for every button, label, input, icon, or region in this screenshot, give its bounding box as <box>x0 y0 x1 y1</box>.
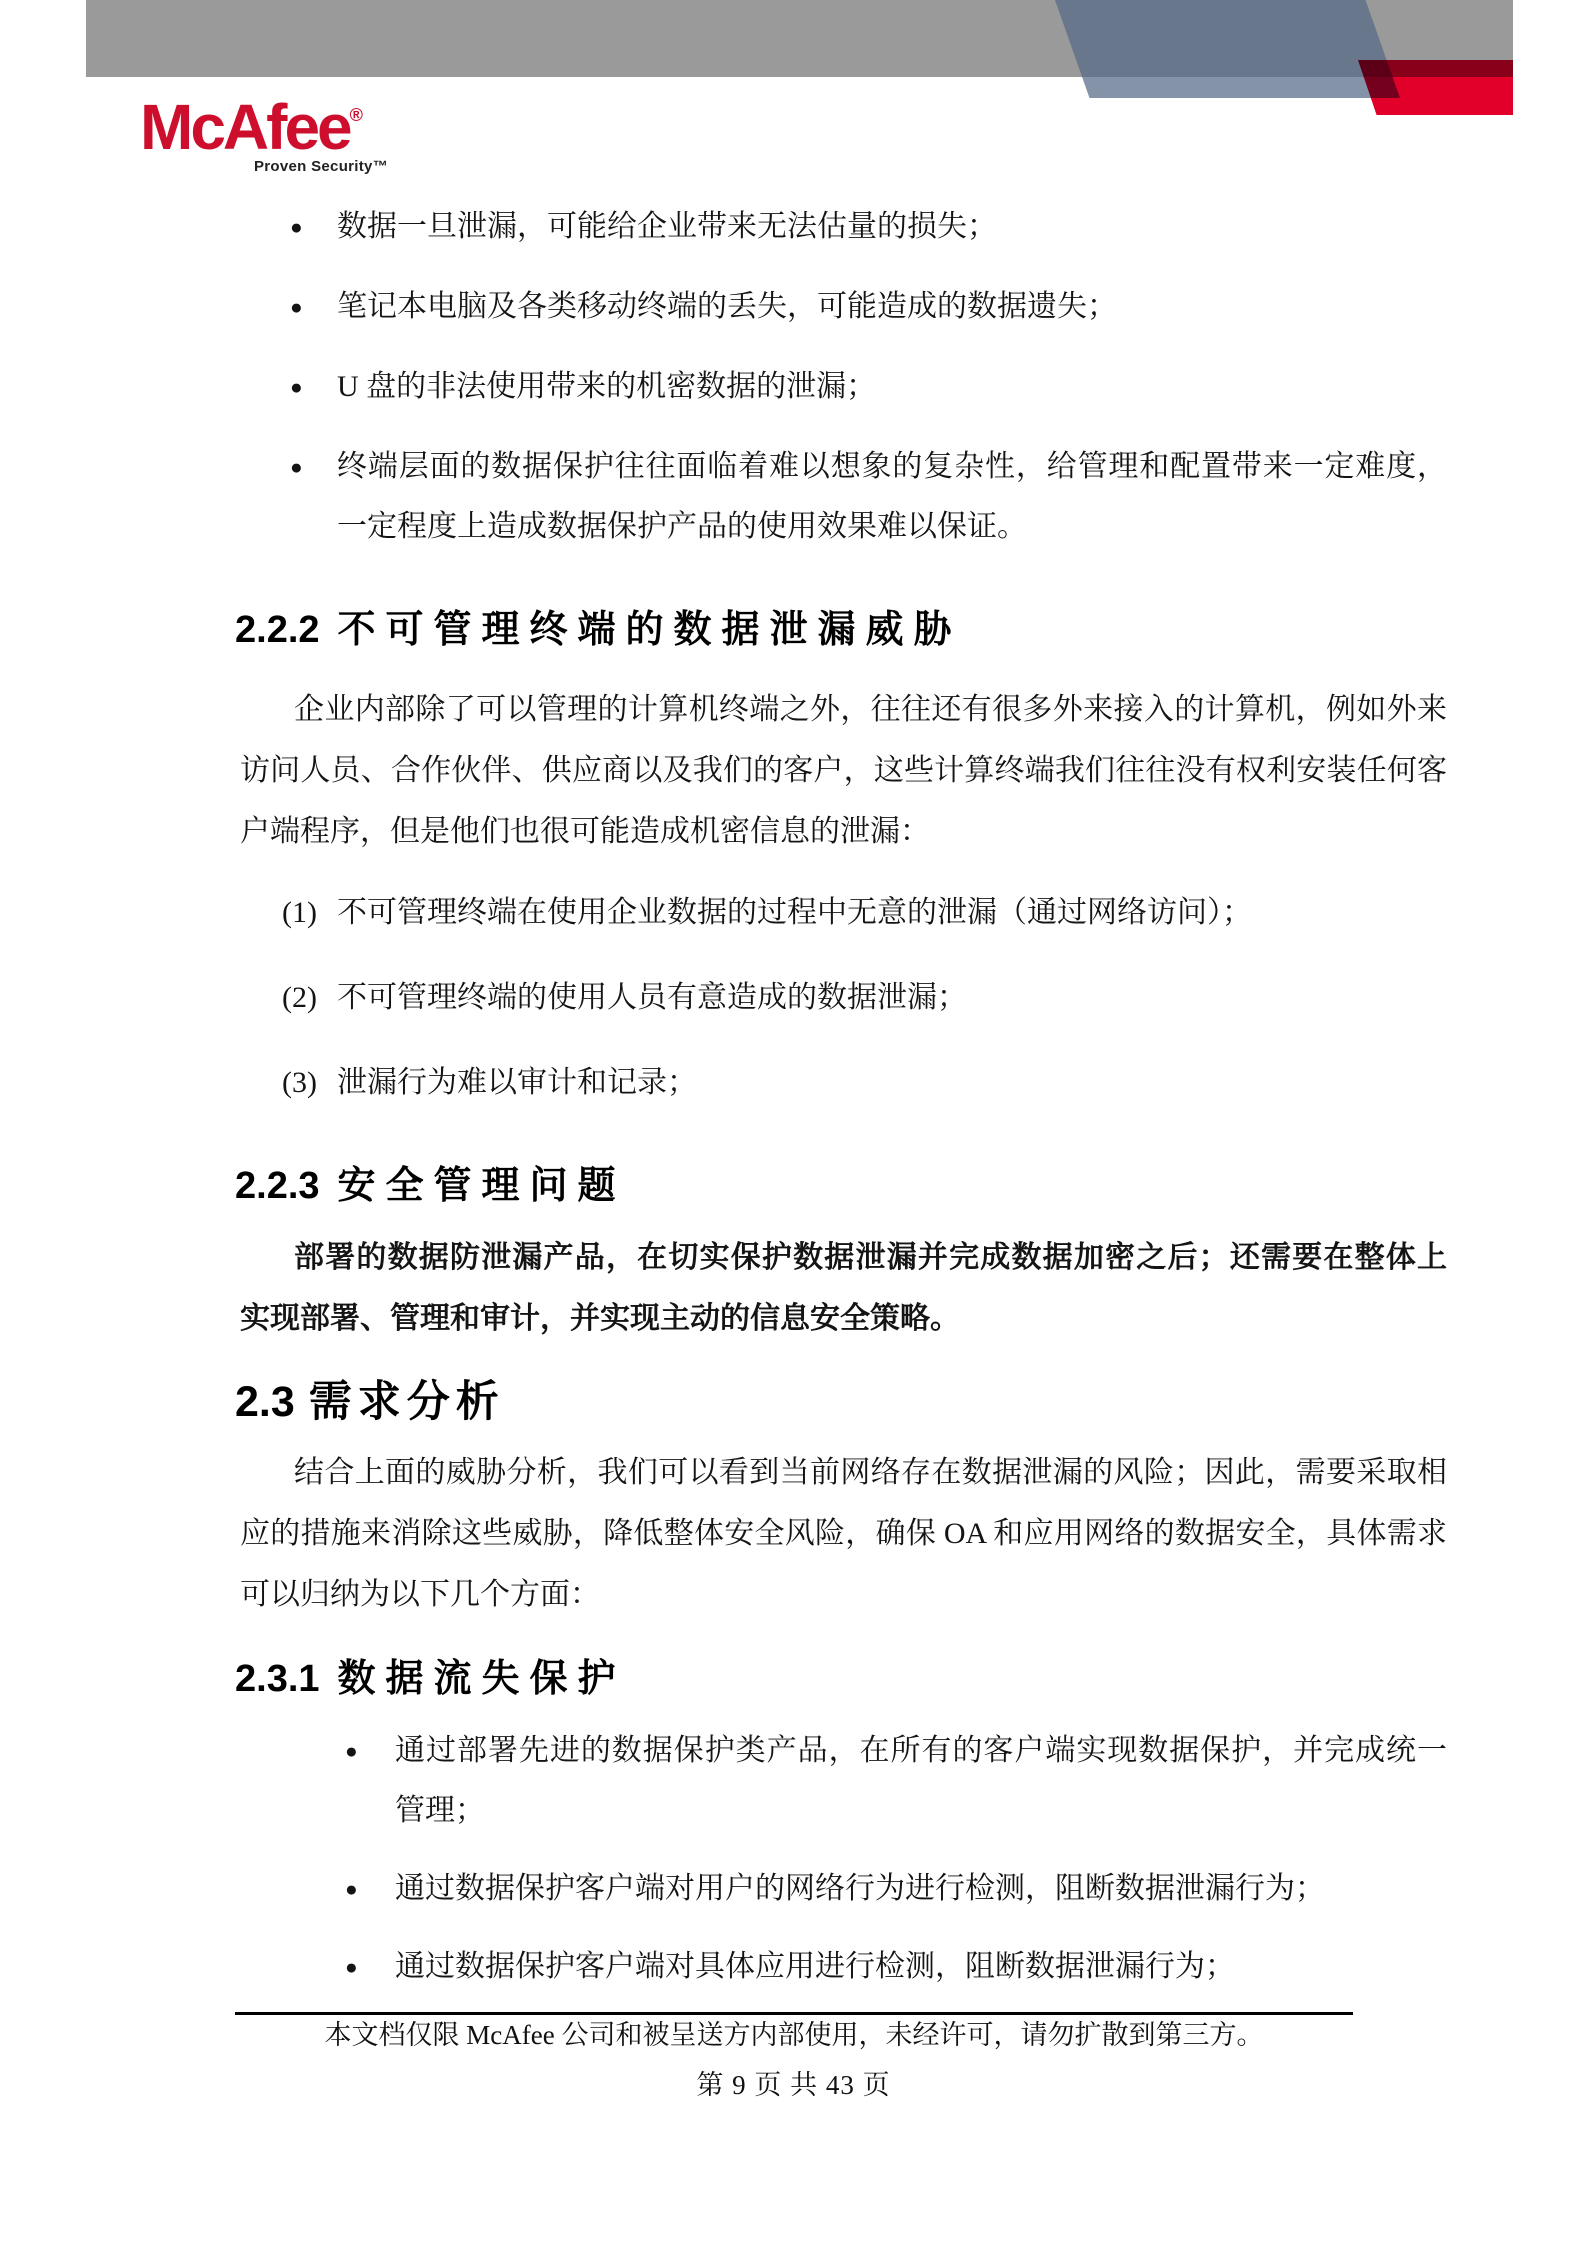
paragraph-line: 访问人员、合作伙伴、供应商以及我们的客户，这些计算终端我们往往没有权利安装任何客 <box>240 740 1447 801</box>
paragraph-line: 实现部署、管理和审计，并实现主动的信息安全策略。 <box>240 1288 1447 1349</box>
mcafee-wordmark-text: McAfee <box>140 91 350 163</box>
paragraph-line: 企业内部除了可以管理的计算机终端之外，往往还有很多外来接入的计算机，例如外来 <box>240 679 1447 740</box>
bullet-text: 通过部署先进的数据保护类产品，在所有的客户端实现数据保护，并完成统一 <box>395 1721 1447 1781</box>
bullet-text: 终端层面的数据保护往往面临着难以想象的复杂性，给管理和配置带来一定难度， <box>337 437 1447 497</box>
body-paragraph-bold: 部署的数据防泄漏产品，在切实保护数据泄漏并完成数据加密之后；还需要在整体上 实现… <box>240 1227 1447 1349</box>
bullet-icon: ● <box>290 357 337 417</box>
bullet-icon: ● <box>345 1859 395 1919</box>
heading-number: 2.2.3 <box>235 1165 320 1207</box>
bullet-item: ● U 盘的非法使用带来的机密数据的泄漏； <box>240 357 1447 417</box>
heading-text: 安全管理问题 <box>338 1165 626 1207</box>
banner-red-shape <box>1358 60 1513 115</box>
numbered-item: (3) 泄漏行为难以审计和记录； <box>240 1052 1447 1113</box>
bullet-text: U 盘的非法使用带来的机密数据的泄漏； <box>337 357 1447 417</box>
numbered-item: (1) 不可管理终端在使用企业数据的过程中无意的泄漏（通过网络访问）； <box>240 882 1447 943</box>
heading-text: 数据流失保护 <box>338 1658 626 1700</box>
heading-text: 不可管理终端的数据泄漏威胁 <box>338 609 962 651</box>
mcafee-logo: McAfee® Proven Security™ <box>140 86 390 175</box>
numbered-item: (2) 不可管理终端的使用人员有意造成的数据泄漏； <box>240 967 1447 1028</box>
document-body: ● 数据一旦泄漏，可能给企业带来无法估量的损失； ● 笔记本电脑及各类移动终端的… <box>240 197 1447 2015</box>
bullet-item: ● 笔记本电脑及各类移动终端的丢失，可能造成的数据遗失； <box>240 277 1447 337</box>
heading-number: 2.3.1 <box>235 1658 320 1700</box>
item-text: 泄漏行为难以审计和记录； <box>337 1052 1447 1113</box>
bullet-text: 通过数据保护客户端对用户的网络行为进行检测，阻断数据泄漏行为； <box>395 1859 1447 1919</box>
section-heading-2-2-2: 2.2.2不可管理终端的数据泄漏威胁 <box>235 605 1447 655</box>
bullet-text: 一定程度上造成数据保护产品的使用效果难以保证。 <box>337 497 1447 557</box>
bullet-item: ● 通过数据保护客户端对具体应用进行检测，阻断数据泄漏行为； <box>240 1937 1447 1997</box>
banner-blue-shape <box>1055 0 1400 98</box>
paragraph-line: 户端程序，但是他们也很可能造成机密信息的泄漏： <box>240 801 1447 862</box>
body-paragraph: 结合上面的威胁分析，我们可以看到当前网络存在数据泄漏的风险；因此，需要采取相 应… <box>240 1442 1447 1625</box>
paragraph-line: 结合上面的威胁分析，我们可以看到当前网络存在数据泄漏的风险；因此，需要采取相 <box>240 1442 1447 1503</box>
section-heading-2-3: 2.3需求分析 <box>235 1375 1447 1429</box>
footer-note: 本文档仅限 McAfee 公司和被呈送方内部使用，未经许可，请勿扩散到第三方。 <box>235 2020 1353 2050</box>
registered-mark: ® <box>350 105 363 125</box>
bullet-icon: ● <box>290 197 337 257</box>
item-number: (2) <box>282 967 337 1028</box>
section-heading-2-3-1: 2.3.1数据流失保护 <box>235 1654 1447 1704</box>
bullet-text: 管理； <box>395 1781 1447 1841</box>
bullet-item: ● 终端层面的数据保护往往面临着难以想象的复杂性，给管理和配置带来一定难度， 一… <box>240 437 1447 557</box>
heading-number: 2.2.2 <box>235 609 320 651</box>
heading-text: 需求分析 <box>309 1378 505 1426</box>
bullet-icon: ● <box>345 1937 395 1997</box>
paragraph-line: 应的措施来消除这些威胁，降低整体安全风险，确保 OA 和应用网络的数据安全，具体… <box>240 1503 1447 1564</box>
bullet-icon: ● <box>290 437 337 557</box>
page-number: 第 9 页 共 43 页 <box>0 2063 1587 2102</box>
numbered-list: (1) 不可管理终端在使用企业数据的过程中无意的泄漏（通过网络访问）； (2) … <box>240 882 1447 1113</box>
paragraph-line: 部署的数据防泄漏产品，在切实保护数据泄漏并完成数据加密之后；还需要在整体上 <box>240 1227 1447 1288</box>
footer-rule <box>235 2012 1353 2015</box>
threat-bullet-list: ● 数据一旦泄漏，可能给企业带来无法估量的损失； ● 笔记本电脑及各类移动终端的… <box>240 197 1447 557</box>
bullet-item: ● 通过数据保护客户端对用户的网络行为进行检测，阻断数据泄漏行为； <box>240 1859 1447 1919</box>
bullet-item: ● 数据一旦泄漏，可能给企业带来无法估量的损失； <box>240 197 1447 257</box>
paragraph-line: 可以归纳为以下几个方面： <box>240 1564 1447 1625</box>
item-text: 不可管理终端的使用人员有意造成的数据泄漏； <box>337 967 1447 1028</box>
body-paragraph: 企业内部除了可以管理的计算机终端之外，往往还有很多外来接入的计算机，例如外来 访… <box>240 679 1447 862</box>
bullet-text: 通过数据保护客户端对具体应用进行检测，阻断数据泄漏行为； <box>395 1937 1447 1997</box>
bullet-icon: ● <box>290 277 337 337</box>
item-text: 不可管理终端在使用企业数据的过程中无意的泄漏（通过网络访问）； <box>337 882 1447 943</box>
bullet-item: ● 通过部署先进的数据保护类产品，在所有的客户端实现数据保护，并完成统一 管理； <box>240 1721 1447 1841</box>
bullet-icon: ● <box>345 1721 395 1841</box>
bullet-text: 数据一旦泄漏，可能给企业带来无法估量的损失； <box>337 197 1447 257</box>
bullet-text: 笔记本电脑及各类移动终端的丢失，可能造成的数据遗失； <box>337 277 1447 337</box>
requirement-bullet-list: ● 通过部署先进的数据保护类产品，在所有的客户端实现数据保护，并完成统一 管理；… <box>240 1721 1447 1997</box>
mcafee-wordmark: McAfee® <box>140 86 390 156</box>
section-heading-2-2-3: 2.2.3安全管理问题 <box>235 1161 1447 1211</box>
item-number: (1) <box>282 882 337 943</box>
item-number: (3) <box>282 1052 337 1113</box>
heading-number: 2.3 <box>235 1378 295 1426</box>
